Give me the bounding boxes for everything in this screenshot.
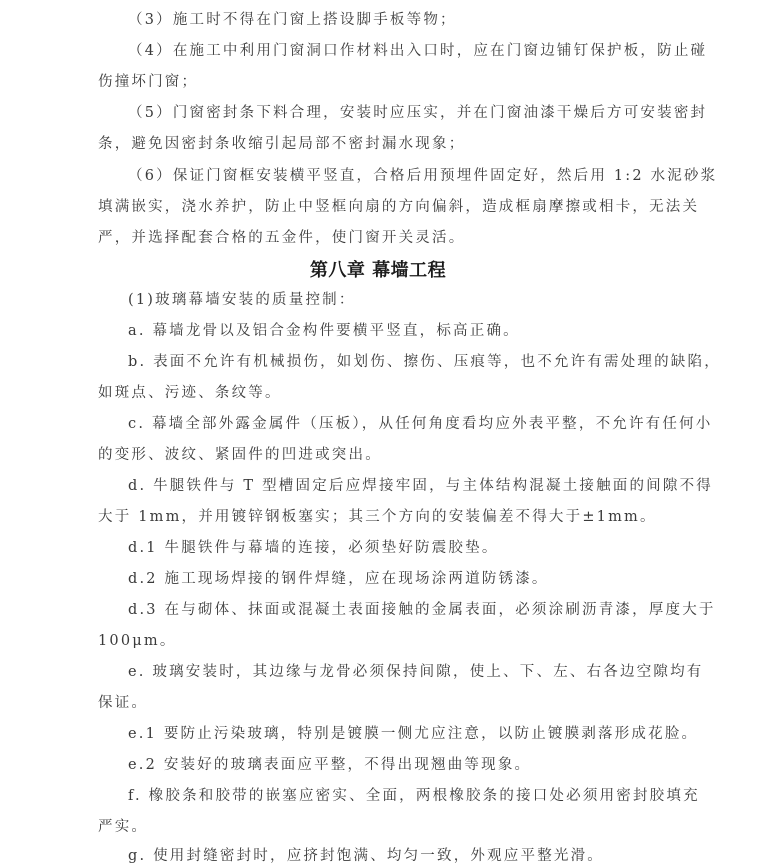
paragraph-line: 条，避免因密封条收缩引起局部不密封漏水现象； [98,134,465,154]
paragraph-line: 的变形、波纹、紧固件的凹进或突出。 [98,445,382,465]
paragraph-line: c. 幕墙全部外露金属件（压板），从任何角度看均应外表平整，不允许有任何小 [128,414,713,434]
paragraph-line: 严，并选择配套合格的五金件，使门窗开关灵活。 [98,228,465,248]
paragraph-line: 严实。 [98,817,148,837]
paragraph-line: (1)玻璃幕墙安装的质量控制： [128,290,356,310]
chapter-heading: 第八章 幕墙工程 [98,256,658,282]
paragraph-line: f. 橡胶条和胶带的嵌塞应密实、全面，两根橡胶条的接口处必须用密封胶填充 [128,786,700,806]
paragraph-line: d.1 牛腿铁件与幕墙的连接，必须垫好防震胶垫。 [128,538,499,558]
paragraph-line: b. 表面不允许有机械损伤，如划伤、擦伤、压痕等，也不允许有需处理的缺陷， [128,352,721,372]
paragraph-line: d.2 施工现场焊接的钢件焊缝，应在现场涂两道防锈漆。 [128,569,549,589]
paragraph-line: 保证。 [98,693,148,713]
paragraph-line: e.1 要防止污染玻璃，特别是镀膜一侧尤应注意，以防止镀膜剥落形成花脸。 [128,724,698,744]
paragraph-line: （5）门窗密封条下料合理，安装时应压实，并在门窗油漆干燥后方可安装密封 [128,103,707,123]
paragraph-line: （6）保证门窗框安装横平竖直，合格后用预埋件固定好，然后用 1:2 水泥砂浆 [128,166,717,186]
paragraph-line: d.3 在与砌体、抹面或混凝土表面接触的金属表面，必须涂刷沥青漆，厚度大于 [128,600,716,620]
paragraph-line: d. 牛腿铁件与 T 型槽固定后应焊接牢固，与主体结构混凝土接触面的间隙不得 [128,476,713,496]
paragraph-line: 100μm。 [98,631,177,651]
paragraph-line: （4）在施工中利用门窗洞口作材料出入口时，应在门窗边铺钉保护板，防止碰 [128,41,707,61]
paragraph-line: a. 幕墙龙骨以及铝合金构件要横平竖直，标高正确。 [128,321,520,341]
paragraph-line: 填满嵌实，浇水养护，防止中竖框向扇的方向偏斜，造成框扇摩擦或相卡，无法关 [98,197,699,217]
paragraph-line: 伤撞坏门窗； [98,72,198,92]
paragraph-line: 如斑点、污迹、条纹等。 [98,383,282,403]
paragraph-line: e.2 安装好的玻璃表面应平整，不得出现翘曲等现象。 [128,755,531,775]
paragraph-line: e. 玻璃安装时，其边缘与龙骨必须保持间隙，使上、下、左、右各边空隙均有 [128,662,704,682]
paragraph-line: 大于 1mm，并用镀锌钢板塞实；其三个方向的安装偏差不得大于±1mm。 [98,507,657,527]
paragraph-line: g. 使用封缝密封时，应挤封饱满、均匀一致，外观应平整光滑。 [128,846,604,865]
paragraph-line: （3）施工时不得在门窗上搭设脚手板等物； [128,10,457,30]
